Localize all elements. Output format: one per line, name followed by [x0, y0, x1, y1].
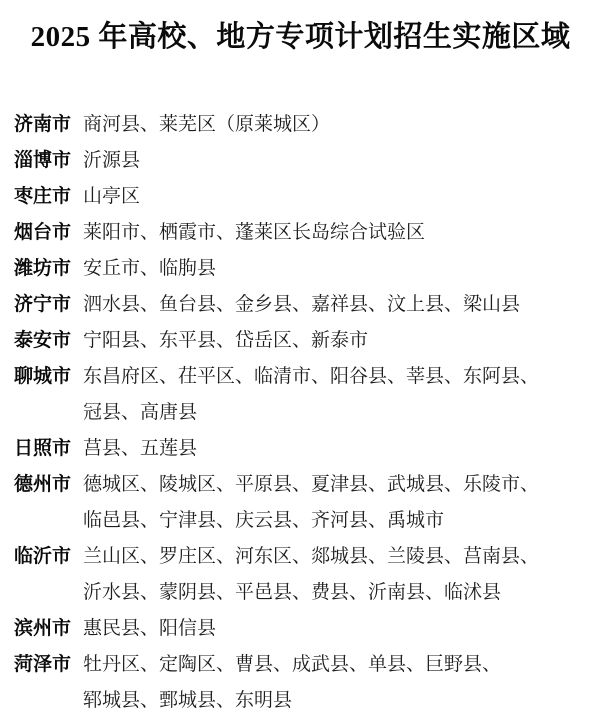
region-line: 沂水县、蒙阴县、平邑县、费县、沂南县、临沭县	[83, 575, 591, 611]
region-lines: 泗水县、鱼台县、金乡县、嘉祥县、汶上县、梁山县	[83, 287, 601, 323]
region-row: 烟台市 莱阳市、栖霞市、蓬莱区长岛综合试验区	[0, 215, 601, 251]
region-line: 莒县、五莲县	[83, 431, 591, 467]
region-lines: 莒县、五莲县	[83, 431, 601, 467]
city-name: 聊城市	[0, 359, 83, 395]
region-lines: 沂源县	[83, 143, 601, 179]
region-line: 宁阳县、东平县、岱岳区、新泰市	[83, 323, 591, 359]
city-name: 滨州市	[0, 611, 83, 647]
region-line: 莱阳市、栖霞市、蓬莱区长岛综合试验区	[83, 215, 591, 251]
region-line: 沂源县	[83, 143, 591, 179]
region-line: 牡丹区、定陶区、曹县、成武县、单县、巨野县、	[83, 647, 591, 683]
city-name: 淄博市	[0, 143, 83, 179]
region-line: 郓城县、鄄城县、东明县	[83, 683, 591, 717]
region-row: 淄博市 沂源县	[0, 143, 601, 179]
region-lines: 安丘市、临朐县	[83, 251, 601, 287]
region-lines: 惠民县、阳信县	[83, 611, 601, 647]
city-name: 烟台市	[0, 215, 83, 251]
page-title: 2025 年高校、地方专项计划招生实施区域	[0, 18, 601, 56]
city-name: 济宁市	[0, 287, 83, 323]
region-row: 德州市 德城区、陵城区、平原县、夏津县、武城县、乐陵市、临邑县、宁津县、庆云县、…	[0, 467, 601, 539]
document-page: 2025 年高校、地方专项计划招生实施区域 济南市 商河县、莱芜区（原莱城区） …	[0, 0, 601, 717]
region-row: 泰安市 宁阳县、东平县、岱岳区、新泰市	[0, 323, 601, 359]
region-lines: 山亭区	[83, 179, 601, 215]
region-line: 兰山区、罗庄区、河东区、郯城县、兰陵县、莒南县、	[83, 539, 591, 575]
region-lines: 牡丹区、定陶区、曹县、成武县、单县、巨野县、郓城县、鄄城县、东明县	[83, 647, 601, 717]
region-line: 泗水县、鱼台县、金乡县、嘉祥县、汶上县、梁山县	[83, 287, 591, 323]
region-lines: 兰山区、罗庄区、河东区、郯城县、兰陵县、莒南县、沂水县、蒙阴县、平邑县、费县、沂…	[83, 539, 601, 611]
city-name: 泰安市	[0, 323, 83, 359]
city-name: 潍坊市	[0, 251, 83, 287]
region-lines: 德城区、陵城区、平原县、夏津县、武城县、乐陵市、临邑县、宁津县、庆云县、齐河县、…	[83, 467, 601, 539]
region-line: 东昌府区、茌平区、临清市、阳谷县、莘县、东阿县、	[83, 359, 591, 395]
region-row: 济宁市 泗水县、鱼台县、金乡县、嘉祥县、汶上县、梁山县	[0, 287, 601, 323]
region-line: 冠县、高唐县	[83, 395, 591, 431]
region-row: 临沂市 兰山区、罗庄区、河东区、郯城县、兰陵县、莒南县、沂水县、蒙阴县、平邑县、…	[0, 539, 601, 611]
region-row: 日照市 莒县、五莲县	[0, 431, 601, 467]
city-name: 日照市	[0, 431, 83, 467]
region-row: 枣庄市 山亭区	[0, 179, 601, 215]
region-line: 安丘市、临朐县	[83, 251, 591, 287]
city-name: 临沂市	[0, 539, 83, 575]
region-row: 菏泽市 牡丹区、定陶区、曹县、成武县、单县、巨野县、郓城县、鄄城县、东明县	[0, 647, 601, 717]
region-lines: 东昌府区、茌平区、临清市、阳谷县、莘县、东阿县、冠县、高唐县	[83, 359, 601, 431]
region-line: 山亭区	[83, 179, 591, 215]
city-name: 德州市	[0, 467, 83, 503]
region-line: 商河县、莱芜区（原莱城区）	[83, 107, 591, 143]
city-name: 枣庄市	[0, 179, 83, 215]
region-lines: 商河县、莱芜区（原莱城区）	[83, 107, 601, 143]
region-row: 聊城市 东昌府区、茌平区、临清市、阳谷县、莘县、东阿县、冠县、高唐县	[0, 359, 601, 431]
region-row: 济南市 商河县、莱芜区（原莱城区）	[0, 107, 601, 143]
region-row: 潍坊市 安丘市、临朐县	[0, 251, 601, 287]
region-lines: 莱阳市、栖霞市、蓬莱区长岛综合试验区	[83, 215, 601, 251]
region-line: 德城区、陵城区、平原县、夏津县、武城县、乐陵市、	[83, 467, 591, 503]
region-lines: 宁阳县、东平县、岱岳区、新泰市	[83, 323, 601, 359]
region-line: 临邑县、宁津县、庆云县、齐河县、禹城市	[83, 503, 591, 539]
city-name: 菏泽市	[0, 647, 83, 683]
region-table: 济南市 商河县、莱芜区（原莱城区） 淄博市 沂源县 枣庄市 山亭区 烟台市 莱阳…	[0, 107, 601, 717]
region-line: 惠民县、阳信县	[83, 611, 591, 647]
region-row: 滨州市 惠民县、阳信县	[0, 611, 601, 647]
city-name: 济南市	[0, 107, 83, 143]
